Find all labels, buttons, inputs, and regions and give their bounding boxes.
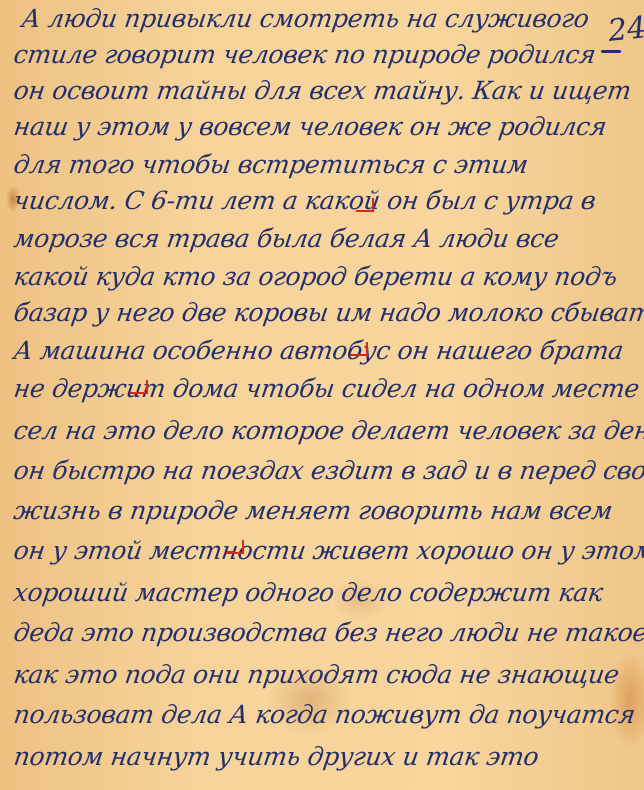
text-line: наш у этом у вовсем человек он же родилс… <box>12 112 608 141</box>
text-line: он быстро на поездах ездит в зад и в пер… <box>12 456 644 485</box>
manuscript-page: 24 А люди привыкли смотреть на служивого… <box>0 0 644 790</box>
text-line: А люди привыкли смотреть на служивого <box>20 4 591 33</box>
page-number: 24 <box>606 10 644 49</box>
text-line: какой куда кто за огород берети а кому п… <box>12 262 619 291</box>
red-correction-mark <box>130 380 148 394</box>
red-correction-mark <box>356 198 374 212</box>
text-line: он у этой местности живет хорошо он у эт… <box>12 536 644 565</box>
red-correction-mark <box>350 342 368 356</box>
text-line: пользоват дела А когда поживут да поучат… <box>12 700 637 729</box>
text-line: жизнь в природе меняет говорить нам всем <box>12 496 614 525</box>
text-line: он освоит тайны для всех тайну. Как и ищ… <box>12 76 633 105</box>
text-line: деда это производства без него люди не т… <box>12 618 644 647</box>
text-line: как это пода они приходят сюда не знающи… <box>12 660 621 689</box>
text-line: А машина особенно автобус он нашего брат… <box>12 336 625 365</box>
text-line: не держит дома чтобы сидел на одном мест… <box>12 374 641 403</box>
text-line: сел на это дело которое делает человек з… <box>12 416 644 445</box>
text-line: потом начнут учить других и так это <box>12 742 541 771</box>
page-number-underline <box>601 50 621 53</box>
text-line: хороший мастер одного дело содержит как <box>12 578 605 607</box>
text-line: для того чтобы встретиться с этим <box>12 150 530 179</box>
red-correction-mark <box>226 540 244 554</box>
text-line: числом. С 6-ти лет а какой он был с утра… <box>12 186 597 215</box>
text-line: базар у него две коровы им надо молоко с… <box>12 298 644 327</box>
text-line: стиле говорит человек по природе родился <box>12 40 598 69</box>
text-line: морозе вся трава была белая А люди все <box>12 224 561 253</box>
